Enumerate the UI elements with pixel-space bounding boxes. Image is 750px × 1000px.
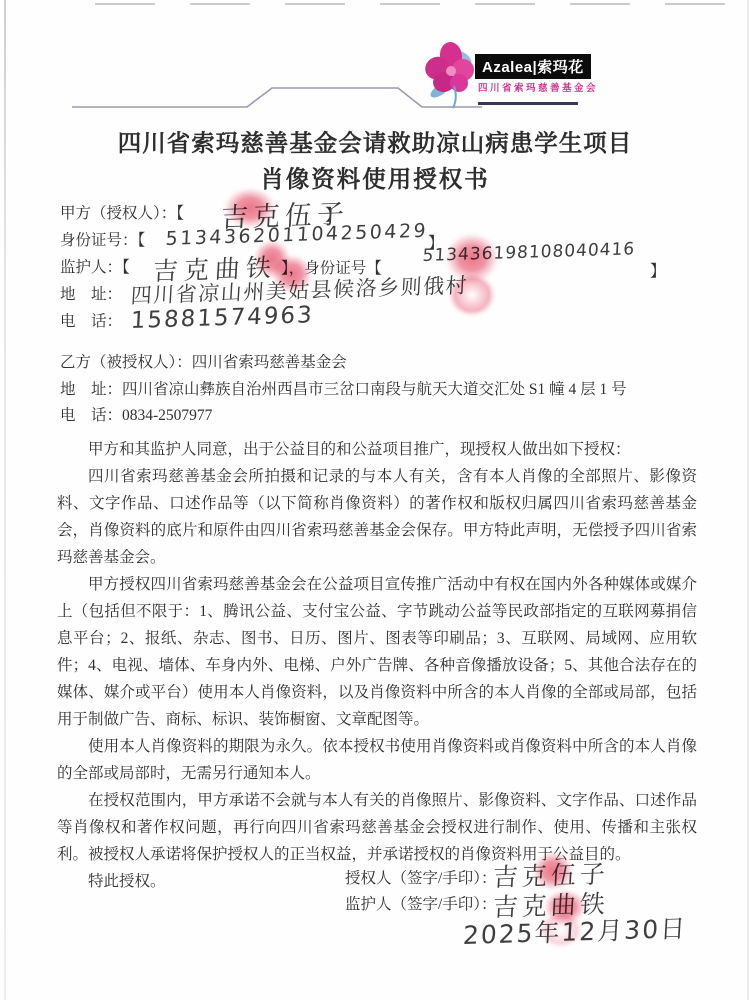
handwritten-phone: 15881574963 [130, 302, 314, 334]
party-a-phone-label: 电 话： [60, 309, 122, 331]
agreement-body: 甲方和其监护人同意，出于公益目的和公益项目推广，现授权人做出如下授权： 四川省索… [57, 436, 697, 895]
scanned-authorization-document: Azalea|索玛花 四川省索玛慈善基金会 四川省索玛慈善基金会请救助凉山病患学… [0, 0, 750, 1000]
party-b-title-line: 乙方（被授权人）：四川省索玛慈善基金会 [60, 350, 347, 372]
paragraph-duration: 使用本人肖像资料的期限为永久。依本授权书使用肖像资料或肖像资料中所含的本人肖像的… [57, 733, 697, 787]
paragraph-media-scope: 甲方授权四川省索玛慈善基金会在公益项目宣传推广活动中有权在国内外各种媒体或媒介上… [57, 571, 697, 733]
party-a-address-label: 地 址： [60, 282, 122, 304]
guardian-id-close-bracket: 】 [650, 259, 666, 281]
guardian-name-label: 监护人：【 [60, 255, 130, 277]
party-a-id-label: 身份证号：【 [60, 228, 145, 250]
paragraph-copyright: 四川省索玛慈善基金会所拍摄和记录的与本人有关，含有本人肖像的全部照片、影像资料、… [57, 463, 697, 571]
document-title-line1: 四川省索玛慈善基金会请救助凉山病患学生项目 [0, 124, 750, 158]
fingerprint-mark [270, 253, 314, 295]
fingerprint-mark [538, 911, 584, 949]
party-b-address-line: 地 址：四川省凉山彝族自治州西昌市三岔口南段与航天大道交汇处 S1 幢 4 层 … [60, 377, 627, 399]
logo-badge: Azalea|索玛花 [475, 54, 591, 79]
logo-underline [478, 102, 578, 105]
scan-artifact-top-line [95, 3, 745, 5]
signature-guardian-label: 监护人（签字/手印）： [345, 892, 497, 914]
fingerprint-mark [222, 186, 278, 230]
party-a-name-label: 甲方（授权人）：【 [60, 201, 184, 223]
fingerprint-mark [447, 272, 497, 318]
logo-org-name: 四川省索玛慈善基金会 [478, 80, 598, 94]
foundation-logo: Azalea|索玛花 四川省索玛慈善基金会 [418, 40, 603, 110]
signature-authorizer-label: 授权人（签字/手印）： [345, 866, 497, 888]
document-title-line2: 肖像资料使用授权书 [0, 160, 750, 194]
handwritten-party-a-id: 513436201104250429 [165, 220, 429, 250]
fingerprint-mark [531, 850, 575, 892]
paragraph-preamble: 甲方和其监护人同意，出于公益目的和公益项目推广，现授权人做出如下授权： [57, 436, 697, 463]
party-b-phone-line: 电 话：0834-2507977 [60, 403, 212, 425]
